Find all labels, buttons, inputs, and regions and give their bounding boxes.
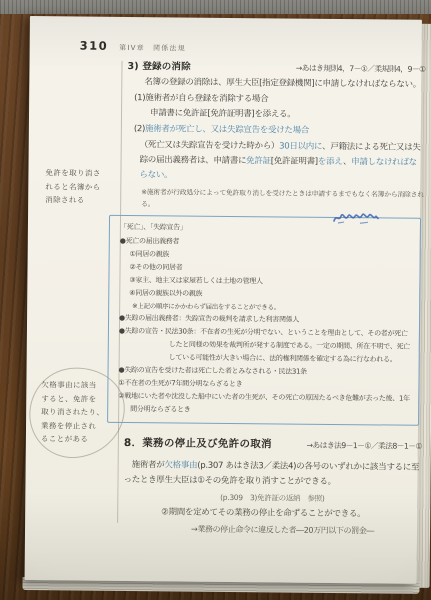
chapter-title: 第IV章 関係法規 — [119, 43, 186, 54]
disqualification-keyword: 欠格事由 — [164, 460, 197, 470]
box-missing-declaration: ●失踪の宣告・民法30条：不在者の生死が分明でない、ということを理由として、その… — [119, 325, 411, 367]
deletion-intro-paragraph: 名簿の登録の消除は、厚生大臣[指定登録機関]に申請しなければならない。 — [127, 75, 425, 93]
see-also-reference: (p.309 3)免許証の返納 参照) — [123, 489, 421, 507]
death-missing-info-box: 「死亡」、「失踪宣告」 ●死亡の届出義務者 ①同居の親族 ②その他の同居者 ③家… — [107, 215, 421, 426]
case2-license-keyword: 免許証 — [246, 156, 271, 166]
deletion-case2-paragraph: （死亡又は失踪宣告を受けた時から）30日以内に、戸籍法による死亡又は失踪の届出義… — [139, 138, 424, 186]
case2-seg5: [免許証明書] — [271, 156, 318, 166]
suspension-paragraph: 施術者が欠格事由(p.307 あはき法3／柔法4)の各号のいずれかに該当するに至… — [123, 458, 421, 491]
page-number: 310 — [80, 39, 109, 53]
penalty-note: →業務の停止命令に違反した者―20万円以下の罰金― — [191, 522, 421, 539]
case2-seg7: 、 — [343, 157, 351, 167]
section-suspension-law-ref: →あはき法9－1－①／柔法8－1－① — [306, 438, 421, 454]
page-header: 310 第IV章 関係法規 — [80, 39, 186, 54]
case2-seg1: （死亡又は失踪宣告を受けた時から） — [140, 140, 279, 151]
handwritten-scribble — [332, 208, 380, 226]
book-photo: 310 第IV章 関係法規 免許を取り消さ れると名簿から 消除される 欠格事由… — [0, 0, 431, 600]
case2-attach-keyword: を添え — [318, 157, 343, 167]
main-text-column: 3) 登録の消除 →あはき規則4，7－①／柔規則4，9－① 名簿の登録の消除は、… — [123, 59, 426, 539]
section-deletion-heading-row: 3) 登録の消除 →あはき規則4，7－①／柔規則4，9－① — [127, 59, 425, 77]
section-deletion-law-ref: →あはき規則4，7－①／柔規則4，9－① — [296, 61, 426, 77]
case2-number: (2) — [134, 124, 145, 134]
suspension-item2: ②期間を定めてその業務の停止を命ずることができる。 — [161, 505, 421, 522]
section-deletion-title: 3) 登録の消除 — [127, 59, 191, 75]
administrative-deletion-note: ※施術者が行政処分によって免許取り消しを受けたときは申請するまでもなく名簿から消… — [141, 186, 424, 213]
section-suspension: 8．業務の停止及び免許の取消 →あはき法9－1－①／柔法8－1－① 施術者が欠格… — [123, 436, 422, 539]
suspension-seg-pre: 施術者が — [132, 460, 165, 470]
box-deemed-item: ②戦地にいた者や沈没した船中にいた者の生死が、その死亡の原因たるべき危難が去った… — [118, 390, 410, 419]
deletion-case2-title: (2)施術者が死亡し、又は失踪宣告を受けた場合 — [134, 122, 425, 140]
margin-note-license-revoked: 免許を取り消さ れると名簿から 消除される — [45, 166, 123, 207]
section-suspension-heading-row: 8．業務の停止及び免許の取消 →あはき法9－1－①／柔法8－1－① — [124, 436, 422, 454]
case2-deadline-keyword: 30日以内に — [279, 141, 322, 151]
book-page: 310 第IV章 関係法規 免許を取り消さ れると名簿から 消除される 欠格事由… — [25, 16, 422, 584]
book: 310 第IV章 関係法規 免許を取り消さ れると名簿から 消除される 欠格事由… — [19, 12, 431, 594]
deletion-case1-body: 申請書に免許証[免許証明書]を添える。 — [150, 106, 425, 124]
case2-title-keyword: 施術者が死亡し、又は失踪宣告を受けた場合 — [145, 124, 309, 136]
section-suspension-title: 8．業務の停止及び免許の取消 — [124, 436, 272, 452]
